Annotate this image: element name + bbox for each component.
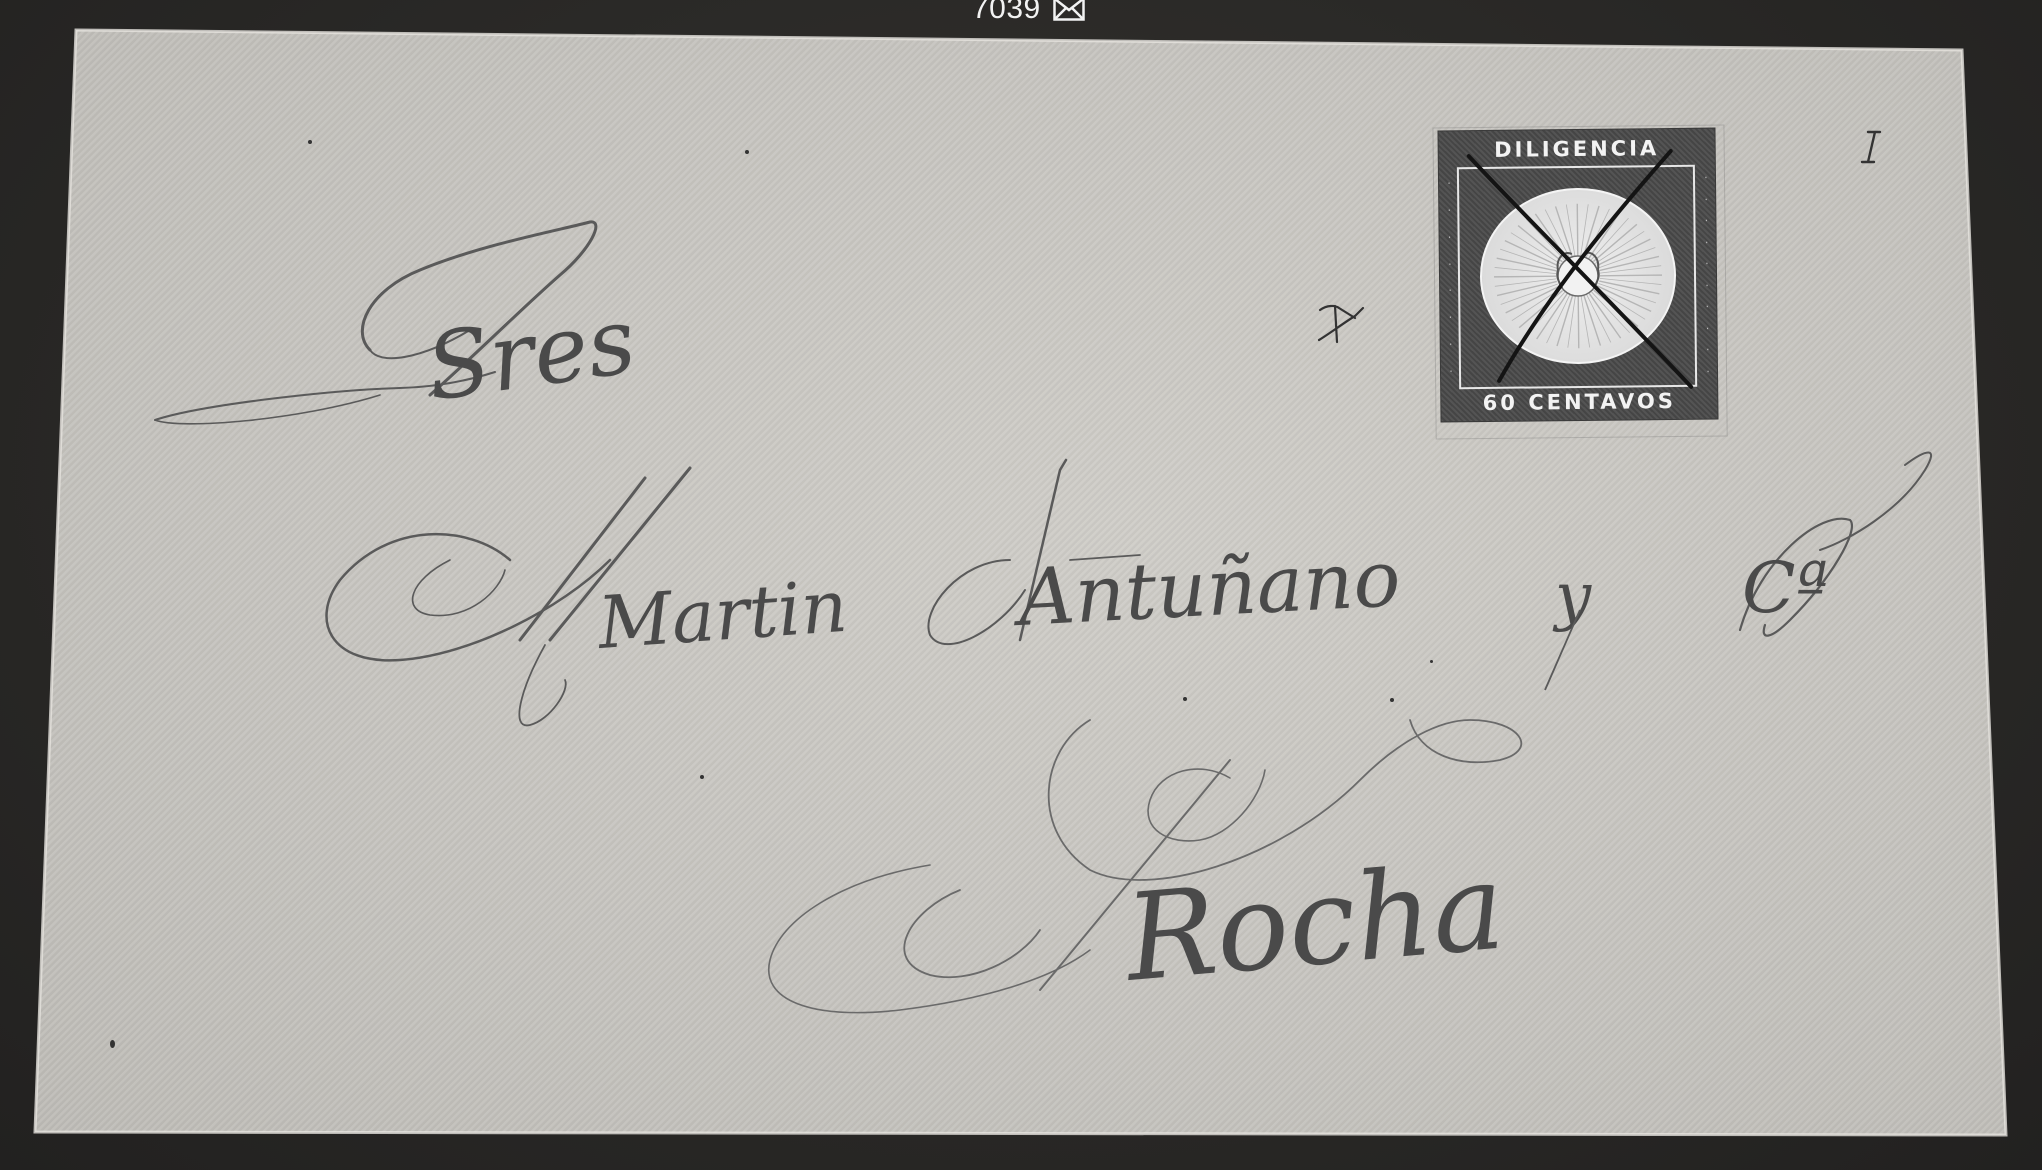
postage-stamp: DILIGENCIA 60 CENTAVOS ········ ········… (1438, 129, 1717, 422)
sun-face-icon (1438, 129, 1717, 422)
pen-x-mark (1315, 300, 1365, 345)
name-last: Antuñano (1010, 534, 1402, 644)
handwritten-address: Sres Martin Antuñano y Cª Rocha (0, 0, 2042, 1170)
city-text: Rocha (1118, 837, 1509, 1009)
name-first: Martin (593, 564, 850, 665)
company-text: Cª (1742, 547, 1829, 629)
name-conjunction: y (1552, 560, 1592, 634)
roman-numeral-mark (1858, 128, 1888, 168)
salutation-text: Sres (420, 287, 642, 422)
